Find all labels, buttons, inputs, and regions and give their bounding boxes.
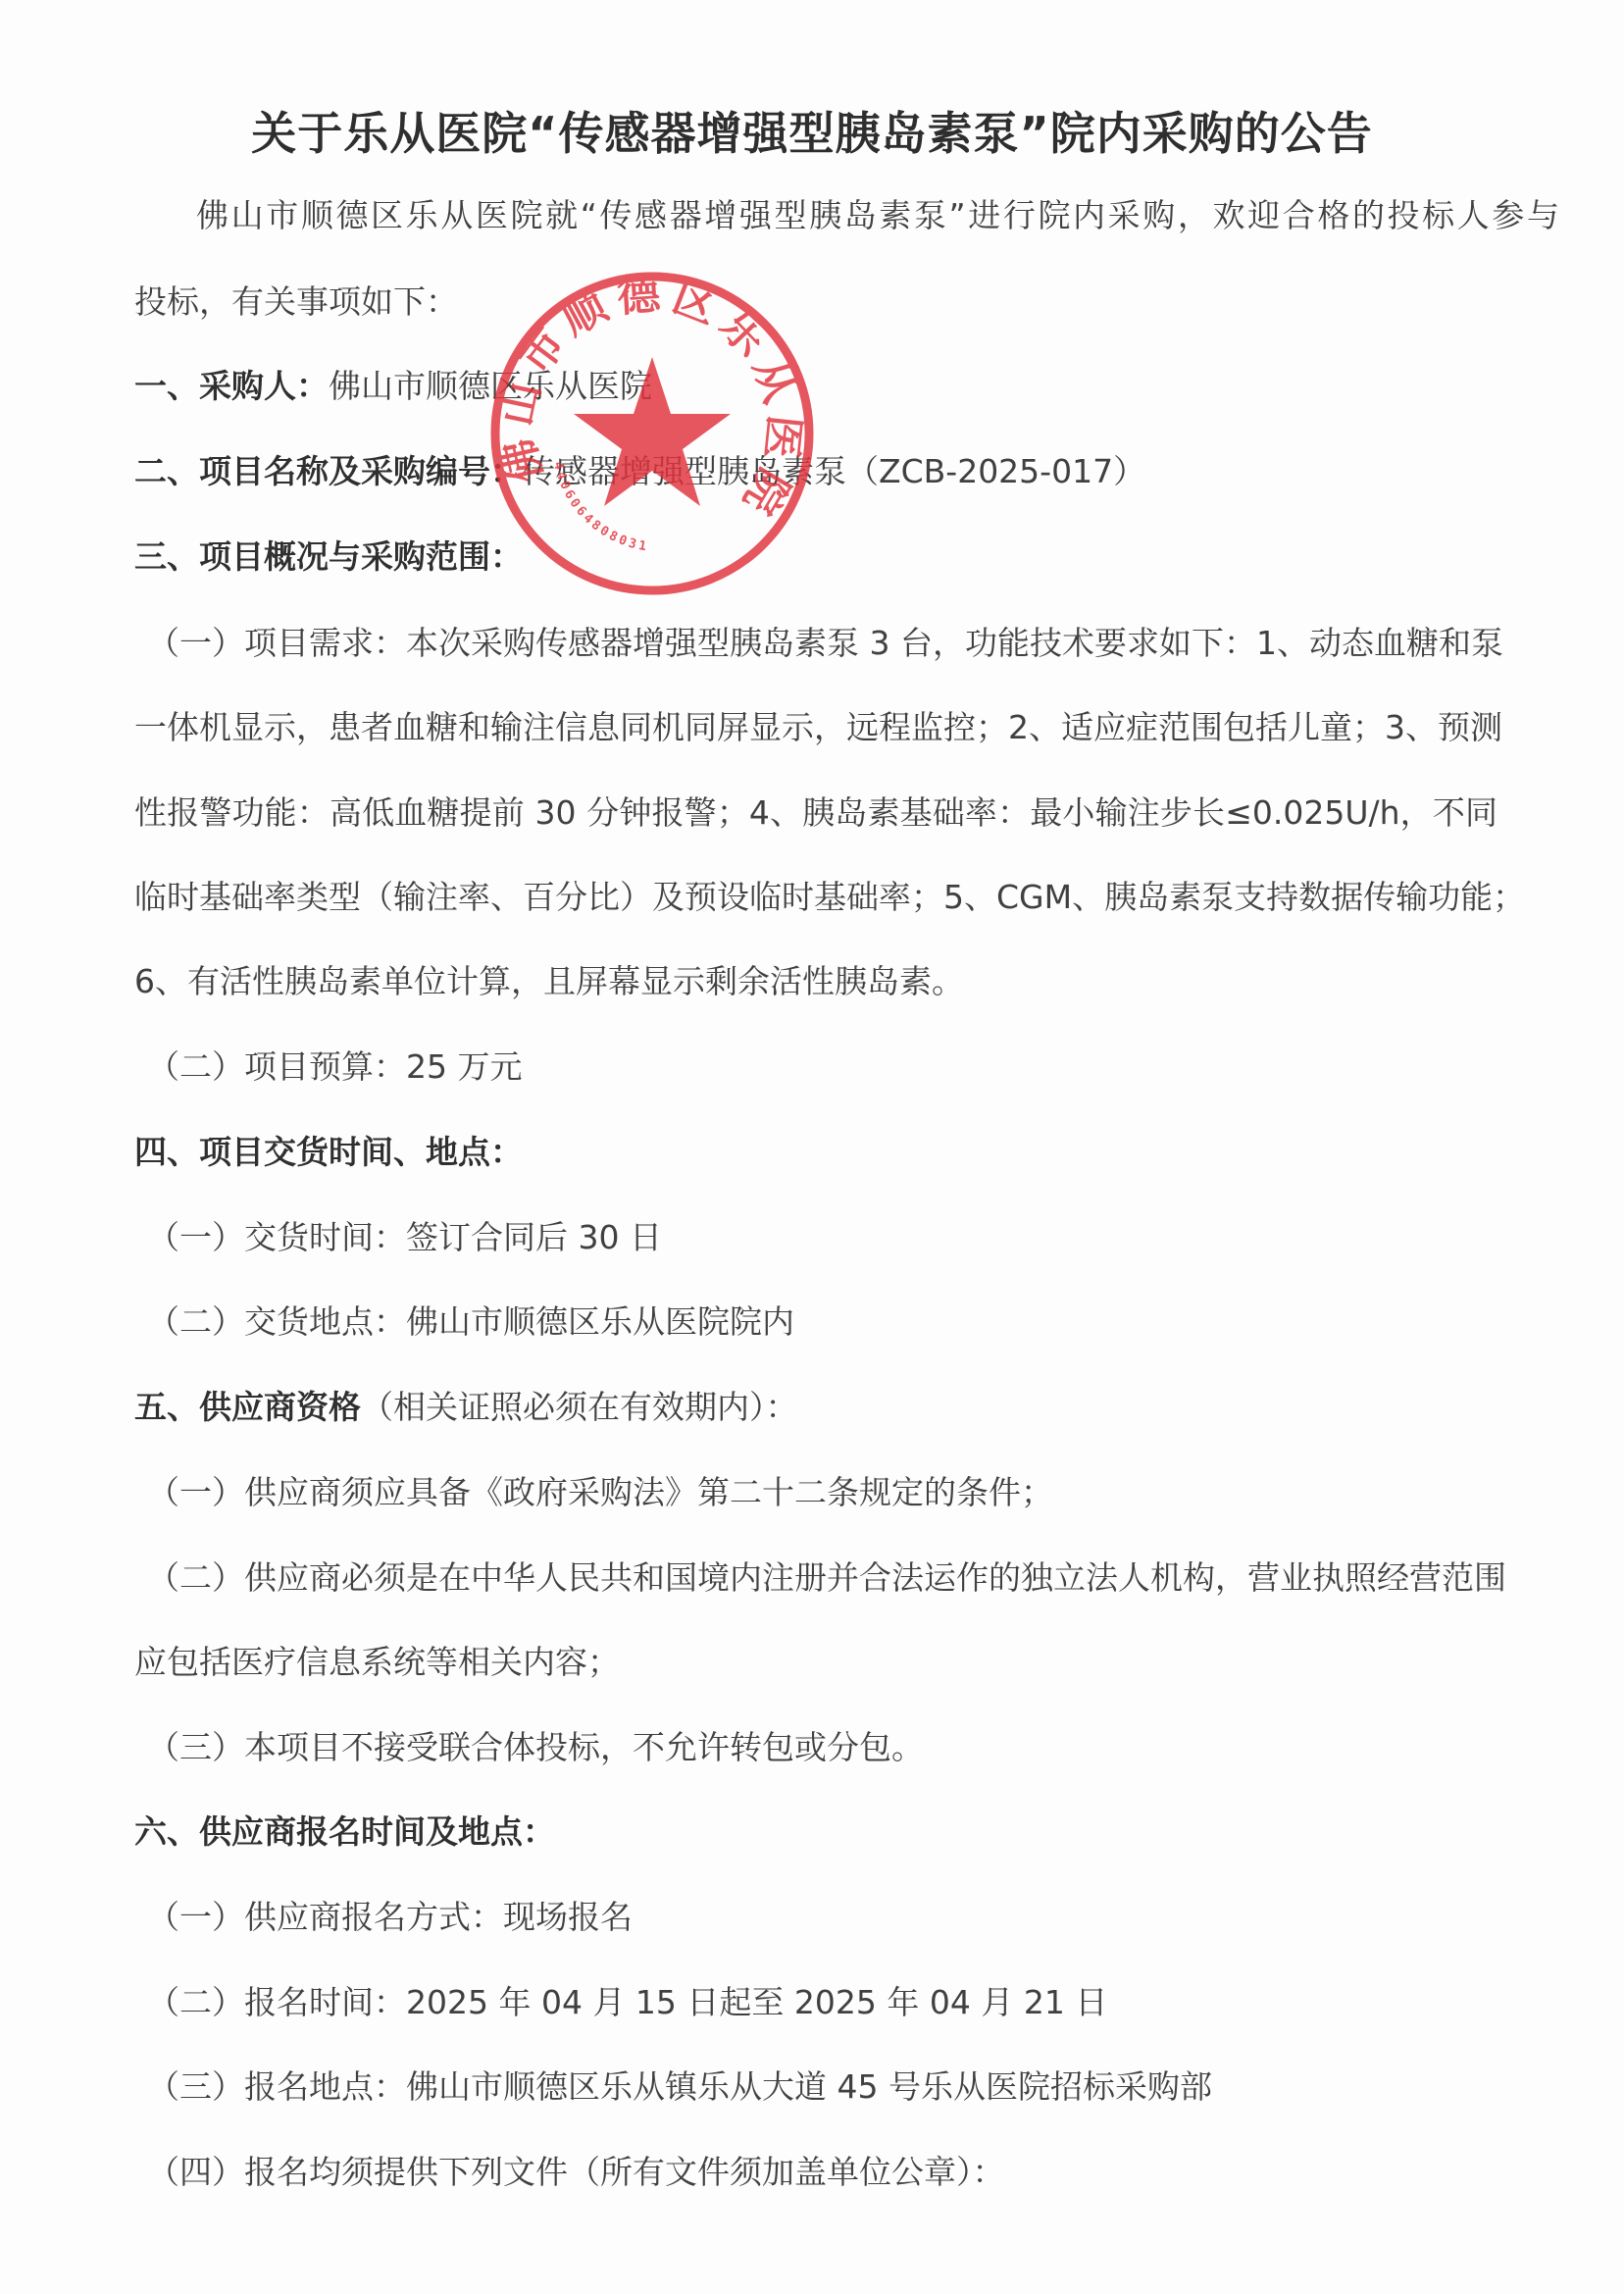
qualification-3: （三）本项目不接受联合体投标，不允许转包或分包。: [147, 1726, 1510, 1769]
section-5-heading-note: （相关证照必须在有效期内）：: [361, 1388, 798, 1426]
section-3-heading: 三、项目概况与采购范围：: [134, 535, 1497, 579]
delivery-time: （一）交货时间：签订合同后 30 日: [147, 1216, 1510, 1259]
section-1: 一、采购人：佛山市顺德区乐从医院: [134, 365, 1497, 408]
section-2: 二、项目名称及采购编号：传感器增强型胰岛素泵（ZCB-2025-017）: [134, 450, 1497, 493]
requirements-line-1: （一）项目需求：本次采购传感器增强型胰岛素泵 3 台，功能技术要求如下：1、动态…: [147, 622, 1497, 665]
qualification-1: （一）供应商须应具备《政府采购法》第二十二条规定的条件；: [147, 1471, 1510, 1514]
intro-paragraph-line-1: 佛山市顺德区乐从医院就“传感器增强型胰岛素泵”进行院内采购，欢迎合格的投标人参与: [196, 194, 1559, 237]
registration-time: （二）报名时间：2025 年 04 月 15 日起至 2025 年 04 月 2…: [147, 1981, 1510, 2024]
requirements-line-5: 6、有活性胰岛素单位计算，且屏幕显示剩余活性胰岛素。: [134, 960, 1497, 1003]
qualification-2-line-2: 应包括医疗信息系统等相关内容；: [134, 1641, 1497, 1684]
requirements-line-3: 性报警功能：高低血糖提前 30 分钟报警；4、胰岛素基础率：最小输注步长≤0.0…: [134, 791, 1497, 835]
section-2-heading: 二、项目名称及采购编号：: [134, 452, 523, 490]
intro-paragraph-line-2: 投标，有关事项如下：: [134, 280, 1497, 324]
document-page: 关于乐从医院“传感器增强型胰岛素泵”院内采购的公告 佛山市顺德区乐从医院就“传感…: [0, 0, 1624, 2294]
requirements-line-4: 临时基础率类型（输注率、百分比）及预设临时基础率；5、CGM、胰岛素泵支持数据传…: [134, 876, 1497, 919]
registration-documents: （四）报名均须提供下列文件（所有文件须加盖单位公章）：: [147, 2151, 1510, 2194]
qualification-2-line-1: （二）供应商必须是在中华人民共和国境内注册并合法运作的独立法人机构，营业执照经营…: [147, 1556, 1497, 1600]
section-6-heading: 六、供应商报名时间及地点：: [134, 1810, 1497, 1854]
registration-method: （一）供应商报名方式：现场报名: [147, 1896, 1510, 1939]
delivery-location: （二）交货地点：佛山市顺德区乐从医院院内: [147, 1300, 1510, 1344]
section-4-heading: 四、项目交货时间、地点：: [134, 1131, 1497, 1174]
document-title: 关于乐从医院“传感器增强型胰岛素泵”院内采购的公告: [0, 98, 1624, 163]
requirements-line-2: 一体机显示，患者血糖和输注信息同机同屏显示，远程监控；2、适应症范围包括儿童；3…: [134, 706, 1497, 749]
section-1-heading: 一、采购人：: [134, 367, 329, 405]
section-5-heading: 五、供应商资格: [134, 1388, 361, 1426]
registration-location: （三）报名地点：佛山市顺德区乐从镇乐从大道 45 号乐从医院招标采购部: [147, 2065, 1510, 2109]
section-2-content: 传感器增强型胰岛素泵（ZCB-2025-017）: [523, 452, 1145, 490]
budget-line: （二）项目预算：25 万元: [147, 1045, 1510, 1089]
section-5: 五、供应商资格（相关证照必须在有效期内）：: [134, 1386, 1497, 1429]
section-1-content: 佛山市顺德区乐从医院: [329, 367, 652, 405]
